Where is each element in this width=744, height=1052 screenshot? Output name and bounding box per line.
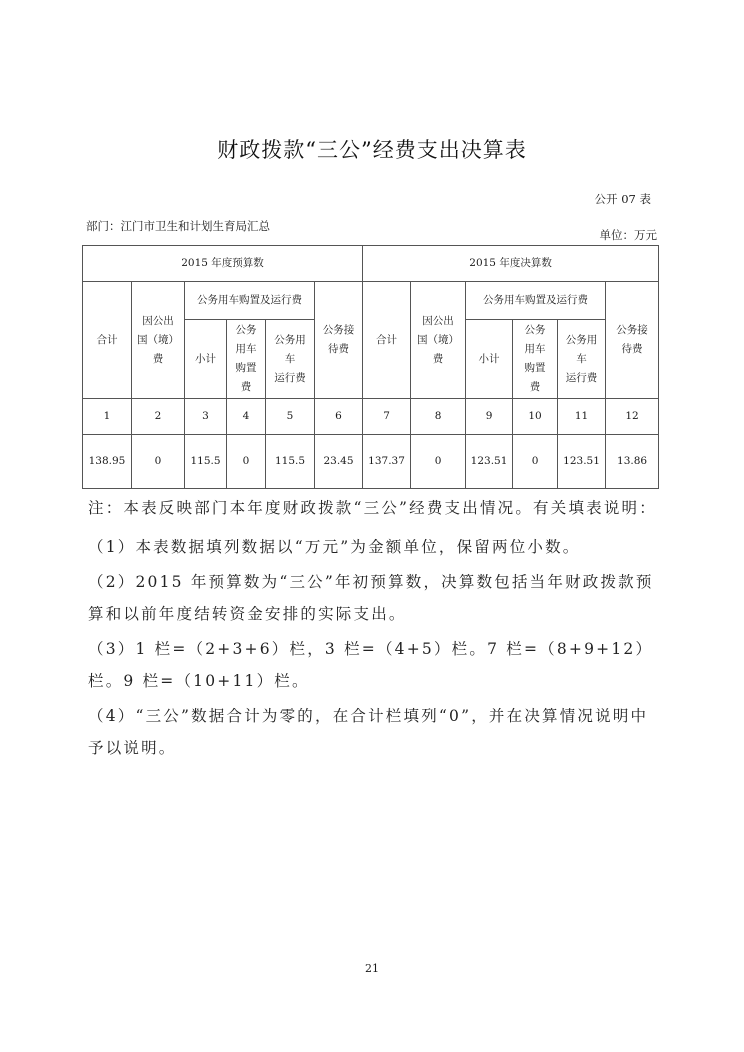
value-cell: 23.45 [315, 435, 363, 489]
form-number: 公开 07 表 [595, 191, 651, 207]
value-cell: 123.51 [558, 435, 606, 489]
col-vehicle-group-header: 公务用车购置及运行费 [466, 282, 606, 320]
value-cell: 115.5 [185, 435, 227, 489]
col-vehicle-purchase-header: 公务 用车 购置 费 [227, 320, 266, 399]
column-header-row-1: 合计 因公出 国（境） 费 公务用车购置及运行费 公务接 待费 合计 因公出 国… [83, 282, 659, 320]
column-number: 8 [411, 399, 466, 435]
column-number: 7 [363, 399, 411, 435]
column-number: 11 [558, 399, 606, 435]
column-number: 12 [606, 399, 659, 435]
value-cell: 13.86 [606, 435, 659, 489]
col-vehicle-operation-header: 公务用 车 运行费 [266, 320, 315, 399]
col-overseas-header: 因公出 国（境） 费 [132, 282, 185, 399]
note-item-2: （2）2015 年预算数为“三公”年初预算数，决算数包括当年财政拨款预算和以前年… [88, 567, 660, 630]
value-cell: 115.5 [266, 435, 315, 489]
notes-section: 注：本表反映部门本年度财政拨款“三公”经费支出情况。有关填表说明： （1）本表数… [88, 493, 660, 764]
col-vehicle-operation-header: 公务用 车 运行费 [558, 320, 606, 399]
col-reception-header: 公务接 待费 [606, 282, 659, 399]
value-cell: 0 [227, 435, 266, 489]
column-number: 4 [227, 399, 266, 435]
column-number: 3 [185, 399, 227, 435]
col-vehicle-purchase-header: 公务 用车 购置 费 [513, 320, 558, 399]
department-label: 部门：江门市卫生和计划生育局汇总 [86, 218, 270, 234]
value-cell: 0 [411, 435, 466, 489]
col-subtotal-header: 小计 [466, 320, 513, 399]
col-overseas-header: 因公出 国（境） 费 [411, 282, 466, 399]
three-public-expenditure-table: 2015 年度预算数 2015 年度决算数 合计 因公出 国（境） 费 公务用车… [82, 245, 659, 489]
unit-label: 单位：万元 [600, 227, 658, 243]
note-item-4: （4）“三公”数据合计为零的，在合计栏填列“0”，并在决算情况说明中予以说明。 [88, 701, 660, 764]
column-number: 9 [466, 399, 513, 435]
value-row: 138.95 0 115.5 0 115.5 23.45 137.37 0 12… [83, 435, 659, 489]
page-title: 财政拨款“三公”经费支出决算表 [0, 134, 744, 164]
column-number: 1 [83, 399, 132, 435]
column-number-row: 1 2 3 4 5 6 7 8 9 10 11 12 [83, 399, 659, 435]
col-total-header: 合计 [363, 282, 411, 399]
value-cell: 0 [513, 435, 558, 489]
group-header-row: 2015 年度预算数 2015 年度决算数 [83, 246, 659, 282]
col-subtotal-header: 小计 [185, 320, 227, 399]
col-total-header: 合计 [83, 282, 132, 399]
page-number: 21 [0, 962, 744, 975]
column-number: 10 [513, 399, 558, 435]
final-group-header: 2015 年度决算数 [363, 246, 659, 282]
note-intro: 注：本表反映部门本年度财政拨款“三公”经费支出情况。有关填表说明： [88, 493, 660, 525]
col-reception-header: 公务接 待费 [315, 282, 363, 399]
budget-group-header: 2015 年度预算数 [83, 246, 363, 282]
column-number: 5 [266, 399, 315, 435]
note-item-1: （1）本表数据填列数据以“万元”为金额单位，保留两位小数。 [88, 532, 660, 564]
col-vehicle-group-header: 公务用车购置及运行费 [185, 282, 315, 320]
value-cell: 137.37 [363, 435, 411, 489]
value-cell: 0 [132, 435, 185, 489]
note-item-3: （3）1 栏=（2+3+6）栏，3 栏=（4+5）栏。7 栏=（8+9+12）栏… [88, 634, 660, 697]
column-number: 6 [315, 399, 363, 435]
value-cell: 138.95 [83, 435, 132, 489]
column-number: 2 [132, 399, 185, 435]
value-cell: 123.51 [466, 435, 513, 489]
